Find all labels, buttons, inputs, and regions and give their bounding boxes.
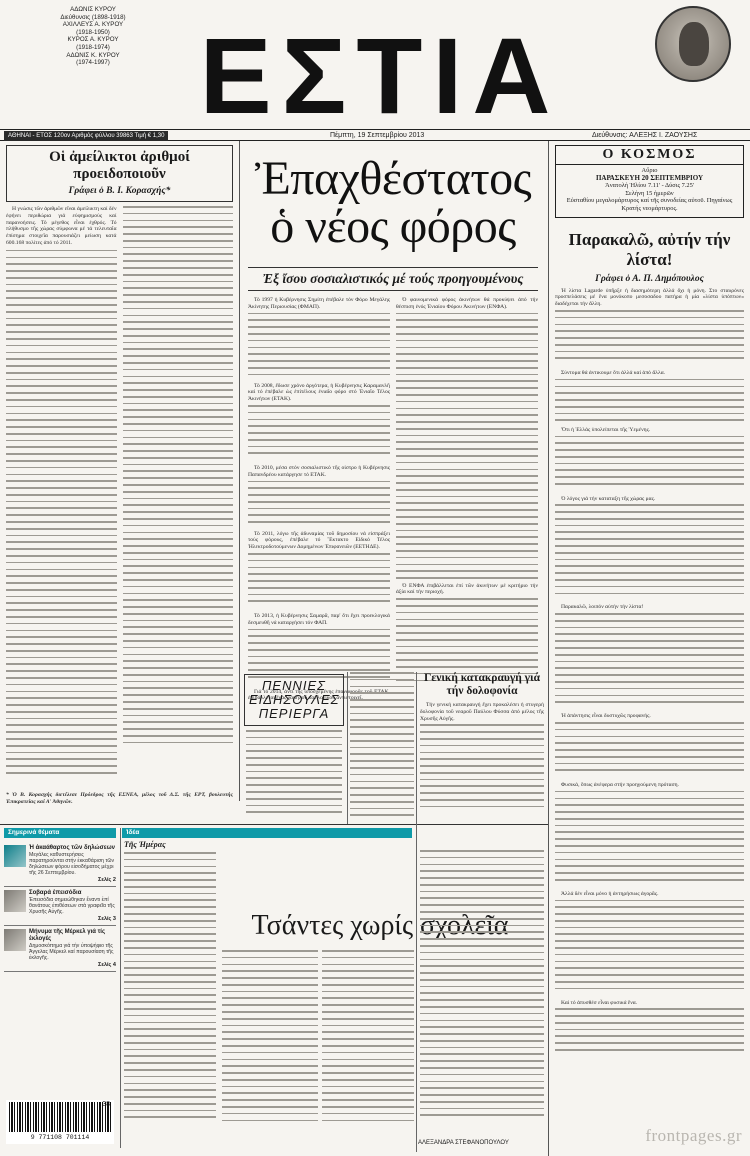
- inside-item-title[interactable]: Μήνυμα τῆς Μέρκελ γιά τίς ἐκλογές: [29, 929, 116, 943]
- left-column: Οἱ ἀμείλικτοι ἀριθμοί προειδοποιοῦν Γράφ…: [0, 141, 240, 801]
- founder-line: ΑΔΩΝΙΣ Κ. ΚΥΡΟΥ: [8, 52, 178, 60]
- inside-item-thumbnail: [4, 845, 26, 867]
- idea-section-title: Τῆς Ἡμέρας: [124, 840, 166, 849]
- left-article-body: Η γνώσις τῶν ἀριθμῶν εἶναι ἀμείλικτη καί…: [0, 206, 239, 790]
- founder-line: ΑΧΙΛΛΕΥΣ Α. ΚΥΡΟΥ: [8, 21, 178, 29]
- emblem-logo: [645, 6, 740, 84]
- main-bullet-1: Τό 1997 ἡ Κυβέρνησις Σημίτη ἐπέβαλε τόν …: [248, 297, 390, 311]
- main-article-col1: Τό 1997 ἡ Κυβέρνησις Σημίτη ἐπέβαλε τόν …: [248, 297, 390, 702]
- right-article-lead: Ἡ λίστα Lagarde ὑπῆρξε ἡ διασημότερη ἀλλ…: [555, 288, 744, 308]
- inside-item-title[interactable]: Ἡ ἀκαάθαρτος τῶν δηλώσεων: [29, 845, 116, 852]
- main-bullet-5: Τό 2013, ἡ Κυβέρνησις Σαμαρᾶ, παρ' ὅτι ἔ…: [248, 613, 390, 627]
- inside-item-thumbnail: [4, 890, 26, 912]
- newspaper-title: ΕΣΤΙΑ: [190, 26, 570, 126]
- inside-item-desc: Δημοσκόπημα γιά τήν ὑποψήφιο τῆς Ἀγγελας…: [29, 943, 116, 961]
- pennies-title-line: ΠΕΝΝΙΕΣ: [249, 679, 339, 693]
- left-article-text-col2: [123, 206, 234, 790]
- world-sun: Ἀνατολή Ἡλίου 7.11' - Δύσις 7.25': [560, 182, 739, 190]
- main-headline[interactable]: Ἐπαχθέστατος ὁ νέος φόρος: [242, 155, 544, 251]
- main-enfa-section: Ὁ ΕΝΦΑ ἐπιβάλλεται ἐπί τῶν ἀκινήτων μέ κ…: [396, 583, 538, 597]
- karakravgi-body: Τήν γενική κατακραυγή ἔχει προκαλέσει ἡ …: [420, 702, 544, 822]
- main-subheadline: Ἐξ ἴσου σοσιαλιστικός μέ τούς προηγουμέν…: [248, 267, 538, 291]
- inside-item-thumbnail: [4, 929, 26, 951]
- idea-text-col4: [420, 850, 544, 1135]
- inside-items-list: Ἡ ἀκαάθαρτος τῶν δηλώσεων Μεγάλες καθυστ…: [4, 842, 116, 972]
- left-article-text-col1: Η γνώσις τῶν ἀριθμῶν εἶναι ἀμείλικτη καί…: [6, 206, 117, 790]
- world-box-title: Ο ΚΟΣΜΟΣ: [556, 146, 743, 165]
- edition-info: ΑΘΗΝΑΙ - ΕΤΟΣ 120ον Αριθμός φύλλου 39863…: [4, 131, 168, 141]
- world-moon: Σελήνη 15 ἡμερῶν: [560, 190, 739, 198]
- founder-line: ΑΔΩΝΙΣ ΚΥΡΟΥ: [8, 6, 178, 14]
- right-subsection-6: Φυσικά, ὅπως ἀνέφερα στήν προηγούμενη πρ…: [555, 782, 744, 789]
- left-article-headline[interactable]: Οἱ ἀμείλικτοι ἀριθμοί προειδοποιοῦν: [11, 149, 228, 183]
- inside-item-title[interactable]: Σοβαρά ἐπεισόδια: [29, 890, 116, 897]
- column-rule: [347, 672, 348, 824]
- watermark: frontpages.gr: [645, 1126, 742, 1146]
- pennies-text-col: [350, 672, 414, 822]
- idea-text-col1: [124, 852, 216, 1142]
- right-subsection-2: Ὅτι ἡ Ἑλλάς ὑπολείπεται τῆς Ὑεμένης.: [555, 427, 744, 434]
- pennies-title-line: ΠΕΡΙΕΡΓΑ: [249, 707, 339, 721]
- main-continuation-lead: Ὁ φαινομενικά φόρος ἀκινήτων θά προκύψει…: [396, 297, 538, 311]
- founder-line: (1918-1974): [8, 44, 178, 52]
- inside-item[interactable]: Ἡ ἀκαάθαρτος τῶν δηλώσεων Μεγάλες καθυστ…: [4, 842, 116, 887]
- newspaper-front-page: ΑΔΩΝΙΣ ΚΥΡΟΥ Διεύθυνσις (1898-1918) ΑΧΙΛ…: [0, 0, 750, 1156]
- left-article-headline-box[interactable]: Οἱ ἀμείλικτοι ἀριθμοί προειδοποιοῦν Γράφ…: [6, 145, 233, 202]
- idea-text-col2: [222, 950, 318, 1140]
- right-subsection-3: Ὁ λόγος γιά τήν καταταξη τῆς χώρας μας.: [555, 496, 744, 503]
- inside-item[interactable]: Σοβαρά ἐπεισόδια Ἐπεισόδια σημειώθηκαν ἔ…: [4, 887, 116, 926]
- main-bullet-2: Τό 2008, ἔδωσε χρόνο ἀργότερα, ἡ Κυβέρνη…: [248, 383, 390, 403]
- column-rule: [120, 828, 121, 1148]
- column-rule: [416, 672, 417, 1152]
- right-subsection-5: Ἡ ἀπάντησις εἶναι δυστυχῶς προφανής.: [555, 713, 744, 720]
- world-notes: Εὐσταθίου μεγαλομάρτυρος καί τῆς συνοδεί…: [560, 197, 739, 212]
- idea-text-col3: [322, 950, 414, 1140]
- left-article-byline: Γράφει ὁ Β. Ι. Κορασχής*: [11, 186, 228, 196]
- left-article-lead: Η γνώσις τῶν ἀριθμῶν εἶναι ἀμείλικτη καί…: [6, 206, 117, 247]
- right-column: Ο ΚΟΣΜΟΣ Αὔριο ΠΑΡΑΣΚΕΥΗ 20 ΣΕΠΤΕΜΒΡΙΟΥ …: [548, 141, 750, 1156]
- main-bullet-4: Τό 2011, λόγω τῆς ἀδυναμίας τοῦ δημοσίου…: [248, 531, 390, 551]
- idea-section-label: Ἰδέα: [122, 828, 412, 838]
- right-subsection-4: Παρακαλῶ, λοιπόν αὐτήν τήν λίστα!: [555, 604, 744, 611]
- pennies-title-box: ΠΕΝΝΙΕΣ ΕΙΔΗΣΟΥΛΕΣ ΠΕΡΙΕΡΓΑ: [244, 674, 344, 726]
- director-credit: Διεύθυνσις: ΑΛΕΞΗΣ Ι. ΖΑΟΥΣΗΣ: [592, 131, 697, 141]
- inside-item[interactable]: Μήνυμα τῆς Μέρκελ γιά τίς ἐκλογές Δημοσκ…: [4, 926, 116, 972]
- pennies-title-line: ΕΙΔΗΣΟΥΛΕΣ: [249, 693, 339, 707]
- right-subsection-8: Καί τό ἀπυσθέσ εἶναι φυσικά ἕνα.: [555, 1000, 744, 1007]
- founder-line: (1918-1950): [8, 29, 178, 37]
- emblem-medallion-icon: [655, 6, 731, 82]
- world-box-body: Αὔριο ΠΑΡΑΣΚΕΥΗ 20 ΣΕΠΤΕΜΒΡΙΟΥ Ἀνατολή Ἡ…: [556, 165, 743, 217]
- dateline-bar: ΑΘΗΝΑΙ - ΕΤΟΣ 120ον Αριθμός φύλλου 39863…: [0, 129, 750, 141]
- karakravgi-lead: Τήν γενική κατακραυγή ἔχει προκαλέσει ἡ …: [420, 702, 544, 722]
- main-bullet-3: Τό 2010, μέσα στόν σοσιαλιστικό τῆς οἰστ…: [248, 465, 390, 479]
- inside-item-page: Σελίς 3: [29, 916, 116, 922]
- main-article-body: Τό 1997 ἡ Κυβέρνησις Σημίτη ἐπέβαλε τόν …: [242, 297, 544, 702]
- inside-item-desc: Μεγάλες καθυστερήσεις παρατηρούνται στήν…: [29, 852, 116, 876]
- right-article-headline[interactable]: Παρακαλῶ, αὐτήν τήν λίστα!: [549, 230, 750, 270]
- inside-item-page: Σελίς 2: [29, 877, 116, 883]
- founder-line: Διεύθυνσις (1898-1918): [8, 14, 178, 22]
- right-subsection-1: Σύντομα θά ἀντικουμε ὅτι ἀλλά καί ἀπό ἄλ…: [555, 370, 744, 377]
- founders-list: ΑΔΩΝΙΣ ΚΥΡΟΥ Διεύθυνσις (1898-1918) ΑΧΙΛ…: [8, 6, 178, 67]
- world-day: ΠΑΡΑΣΚΕΥΗ 20 ΣΕΠΤΕΜΒΡΙΟΥ: [560, 175, 739, 183]
- issue-date: Πέμπτη, 19 Σεπτεμβρίου 2013: [330, 131, 424, 141]
- karakravgi-headline[interactable]: Γενική κατακραυγή γιά τήν δολοφονία: [418, 672, 546, 698]
- inside-item-page: Σελίς 4: [29, 962, 116, 968]
- right-article-body: Ἡ λίστα Lagarde ὑπῆρξε ἡ διασημότερη ἀλλ…: [549, 288, 750, 1059]
- pennies-sidebar: ΠΕΝΝΙΕΣ ΕΙΔΗΣΟΥΛΕΣ ΠΕΡΙΕΡΓΑ: [242, 672, 346, 824]
- inside-item-desc: Ἐπεισόδια σημειώθηκαν ἔναντι ἐπί θανάτου…: [29, 897, 116, 915]
- right-article-byline: Γράφει ὁ Α. Π. Δημόπουλος: [549, 274, 750, 284]
- founder-line: (1974-1997): [8, 59, 178, 67]
- barcode-issue: 38: [102, 1101, 110, 1108]
- founder-line: ΚΥΡΟΣ Α. ΚΥΡΟΥ: [8, 36, 178, 44]
- inside-section-label: Σημερινά θέματα: [4, 828, 116, 838]
- world-box: Ο ΚΟΣΜΟΣ Αὔριο ΠΑΡΑΣΚΕΥΗ 20 ΣΕΠΤΕΜΒΡΙΟΥ …: [555, 145, 744, 218]
- left-article-footnote: * Ὁ Β. Κορασχής διετέλεσε Πρόεδρος τῆς Ε…: [0, 792, 239, 806]
- main-headline-line2[interactable]: ὁ νέος φόρος: [242, 203, 544, 251]
- idea-article-author: ΑΛΕΞΑΝΔΡΑ ΣΤΕΦΑΝΟΠΟΥΛΟΥ: [418, 1140, 509, 1146]
- barcode-bars-icon: [9, 1102, 111, 1132]
- main-headline-line1[interactable]: Ἐπαχθέστατος: [242, 155, 544, 203]
- barcode-number: 9 771108 701114: [9, 1134, 111, 1141]
- main-article-col2: Ὁ φαινομενικά φόρος ἀκινήτων θά προκύψει…: [396, 297, 538, 702]
- right-subsection-7: Ἀλλά δέν εἶναι μόνο ἡ ἀντηρήσιως ἀγορᾶς.: [555, 891, 744, 898]
- barcode: 38 9 771108 701114: [6, 1100, 114, 1144]
- section-divider: [0, 824, 548, 825]
